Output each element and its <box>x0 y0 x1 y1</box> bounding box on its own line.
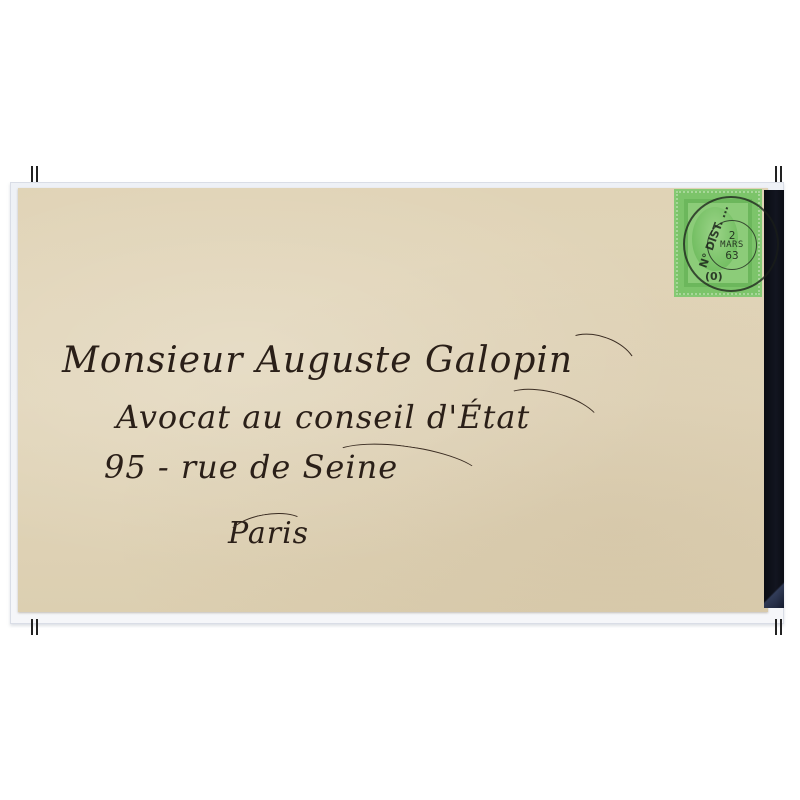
mount-mark <box>775 619 777 635</box>
mount-mark <box>780 619 782 635</box>
mount-mark <box>775 166 777 182</box>
postmark: N° DIST. ... (0) 2 MARS 63 <box>683 196 779 292</box>
mount-mark <box>31 619 33 635</box>
mount-mark <box>31 166 33 182</box>
mount-mark <box>780 166 782 182</box>
address-line-title: Avocat au conseil d'État <box>116 398 530 436</box>
postmark-year: 63 <box>725 250 738 261</box>
postmark-bottom-text: (0) <box>705 270 723 283</box>
postmark-date: 2 MARS 63 <box>707 220 757 270</box>
mount-mark <box>36 619 38 635</box>
mount-mark <box>36 166 38 182</box>
address-line-name: Monsieur Auguste Galopin <box>62 340 573 381</box>
postmark-day: 2 <box>729 230 736 241</box>
